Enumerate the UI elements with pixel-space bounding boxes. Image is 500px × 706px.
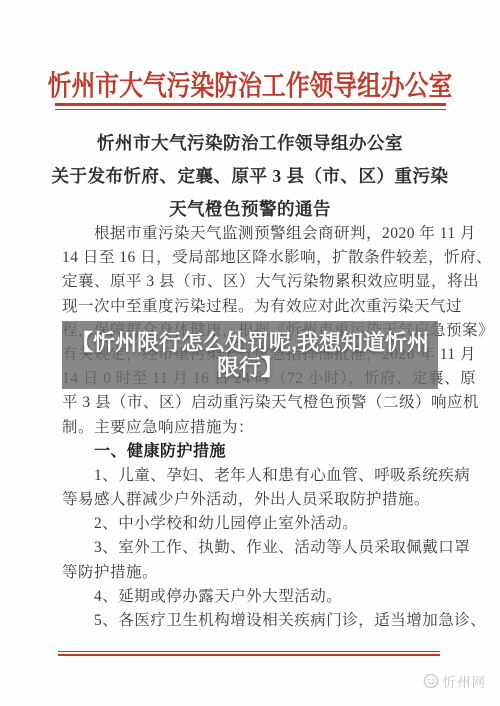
watermark-site-name: 忻州网 — [443, 671, 487, 691]
document-body: 根据市重污染天气监测预警组会商研判，2020 年 11 月 14 日至 16 日… — [62, 222, 440, 633]
body-line: 5、各医疗卫生机构增设相关疾病门诊，适当增加急诊、 — [62, 609, 440, 633]
body-line: 根据市重污染天气监测预警组会商研判，2020 年 11 月 — [62, 222, 440, 246]
body-line: 等防护措施。 — [62, 561, 440, 585]
body-line: 平 3 县（市、区）启动重污染天气橙色预警（二级）响应机 — [62, 391, 440, 415]
body-line: 一、健康防护措施 — [62, 440, 440, 464]
document-title-line: 忻州市大气污染防治工作领导组办公室 — [30, 127, 470, 160]
body-line: 定襄、原平 3 县（市、区）大气污染物累积效应明显，将出 — [62, 270, 440, 294]
body-line: 14 日至 16 日，受局部地区降水影响，扩散条件较差，忻府、 — [62, 246, 440, 270]
body-line: 等易感人群减少户外活动，外出人员采取防护措施。 — [62, 488, 440, 512]
letterhead-rule-thin — [55, 109, 446, 110]
body-line: 3、室外工作、执勤、作业、活动等人员采取佩戴口罩 — [62, 536, 440, 560]
document-title-line: 关于发布忻府、定襄、原平 3 县（市、区）重污染 — [30, 160, 470, 193]
footer-rule-thin — [58, 651, 440, 652]
document-title: 忻州市大气污染防治工作领导组办公室 关于发布忻府、定襄、原平 3 县（市、区）重… — [30, 127, 470, 226]
caption-overlay-line: 【忻州限行怎么处罚呢,我想知道忻州 — [71, 330, 429, 355]
caption-overlay-line: 限行】 — [217, 355, 283, 380]
body-line: 4、延期或停办露天户外大型活动。 — [62, 585, 440, 609]
watermark: 忻州网 — [423, 671, 487, 691]
body-line: 2、中小学校和幼儿园停止室外活动。 — [62, 512, 440, 536]
body-line: 制。主要应急响应措施为： — [62, 416, 440, 440]
letterhead-rule-thick — [55, 103, 446, 106]
body-line: 1、儿童、孕妇、老年人和患有心血管、呼吸系统疾病 — [62, 464, 440, 488]
footer-rule-thick — [58, 654, 440, 656]
scanned-notice-page: 忻州市大气污染防治工作领导组办公室 忻州市大气污染防治工作领导组办公室 关于发布… — [0, 0, 500, 706]
site-logo-icon — [423, 673, 439, 689]
caption-overlay-band: 【忻州限行怎么处罚呢,我想知道忻州 限行】 — [62, 321, 438, 389]
letterhead-org-name: 忻州市大气污染防治工作领导组办公室 — [38, 64, 463, 104]
body-line: 现一次中至重度污染过程。为有效应对此次重污染天气过 — [62, 295, 440, 319]
